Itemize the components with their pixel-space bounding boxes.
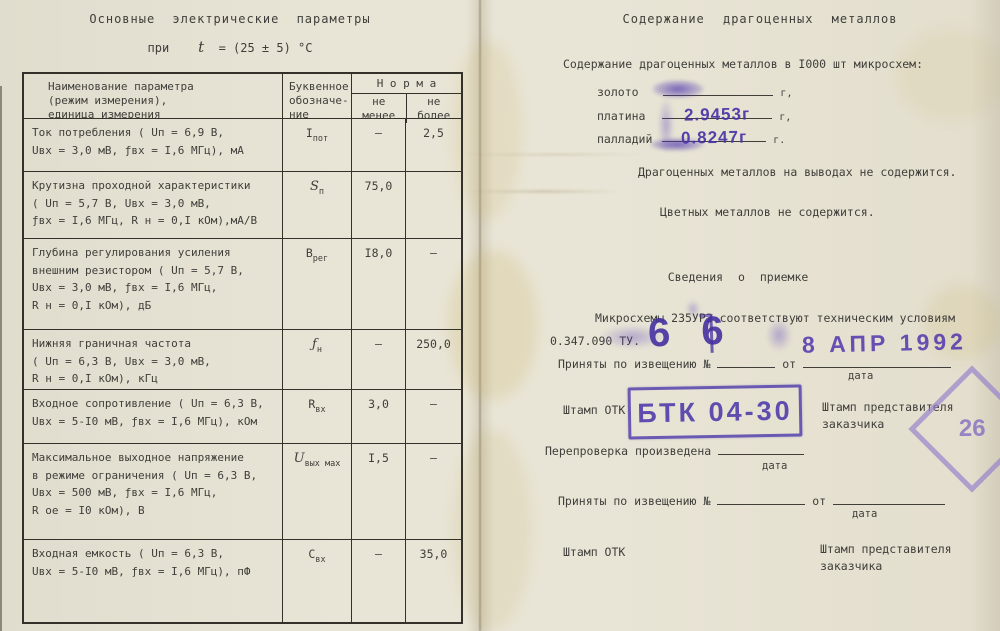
param-max: 250,0 xyxy=(406,330,461,390)
symbol-sub: п xyxy=(319,187,324,197)
scanned-document: Основные электрические параметры при t =… xyxy=(0,0,1000,631)
accepted-line-2: Приняты по извещению № от xyxy=(558,492,945,508)
left-page-edge xyxy=(0,86,2,631)
metal-label: золото xyxy=(597,85,639,99)
param-max: 35,0 xyxy=(406,540,461,622)
symbol-sub: пот xyxy=(313,134,328,144)
diamond-stamp-number: 26 xyxy=(959,415,986,443)
recheck-date-blank xyxy=(718,442,804,455)
diamond-26-stamp: 26 xyxy=(908,365,1000,492)
date-caption: дата xyxy=(852,506,877,523)
accepted-line: Приняты по извещению № от xyxy=(558,355,951,371)
symbol-base: I xyxy=(306,126,313,140)
param-symbol: Sп xyxy=(283,172,352,239)
param-name: Нижняя граничная частота ( Uп = 6,3 В, U… xyxy=(24,330,283,390)
metals-intro: Содержание драгоценных металлов в I000 ш… xyxy=(563,56,923,73)
metal-label: палладий xyxy=(597,132,652,146)
symbol-sub: н xyxy=(317,345,322,355)
param-symbol: ƒн xyxy=(283,330,352,390)
param-symbol: Rвх xyxy=(283,390,352,444)
recheck-line: Перепроверка произведена xyxy=(545,442,804,458)
param-min: 3,0 xyxy=(352,390,406,444)
recheck-label: Перепроверка произведена xyxy=(545,444,711,458)
ink-smudge xyxy=(650,138,704,151)
parameters-table: Наименование параметра (режим измерения)… xyxy=(22,72,463,624)
stamp-bracket-mark xyxy=(699,314,713,353)
param-symbol: Cвх xyxy=(283,540,352,622)
param-name: Ток потребления ( Uп = 6,9 В, Uвх = 3,0 … xyxy=(24,119,283,172)
customer-rep-stamp-label-2: Штамп представителя заказчика xyxy=(820,541,952,575)
accepted-label: Приняты по извещению № xyxy=(558,494,710,508)
accepted-label: Приняты по извещению № xyxy=(558,357,710,371)
ink-smudge xyxy=(686,300,700,318)
param-symbol: Iпот xyxy=(283,119,352,172)
symbol-base: S xyxy=(310,179,319,194)
otk-stamp-label: Штамп ОТК xyxy=(563,402,625,419)
metal-stamp-value: 2.9453г xyxy=(684,104,750,125)
date-caption: дата xyxy=(848,368,873,385)
param-min: I,5 xyxy=(352,444,406,540)
param-max: – xyxy=(406,444,461,540)
param-min: – xyxy=(352,330,406,390)
date-blank xyxy=(833,492,945,505)
symbol-base: U xyxy=(294,451,305,466)
param-min: – xyxy=(352,119,406,172)
horizontal-crease xyxy=(462,153,652,156)
paper-stain xyxy=(895,30,1000,120)
note-no-nonferrous: Цветных металлов не содержится. xyxy=(660,204,875,221)
param-name: Входная емкость ( Uп = 6,3 В, Uвх = 5-I0… xyxy=(24,540,283,622)
ot-label: от xyxy=(782,357,796,371)
header-norma: Н о р м а xyxy=(352,74,461,94)
condition-t-symbol: t xyxy=(198,38,204,56)
note-no-metals-on-leads: Драгоценных металлов на выводах не содер… xyxy=(638,164,957,181)
ink-smudge xyxy=(766,318,792,352)
left-page-title: Основные электрические параметры xyxy=(20,12,440,26)
metal-unit: г. xyxy=(773,135,785,146)
condition-value: = (25 ± 5) °С xyxy=(219,41,313,55)
notice-number-blank xyxy=(717,492,805,505)
header-parameter-name: Наименование параметра (режим измерения)… xyxy=(24,74,283,119)
param-min: 75,0 xyxy=(352,172,406,239)
right-page-title: Содержание драгоценных металлов xyxy=(540,12,980,26)
param-min: I8,0 xyxy=(352,239,406,330)
metal-unit: г, xyxy=(780,88,792,99)
header-symbol: Буквенное обозначе- ние xyxy=(283,74,352,119)
param-max: 2,5 xyxy=(406,119,461,172)
param-name: Максимальное выходное напряжение в режим… xyxy=(24,444,283,540)
symbol-sub: вх xyxy=(315,555,325,565)
symbol-sub: вых мах xyxy=(305,459,341,469)
param-symbol: Uвых мах xyxy=(283,444,352,540)
acceptance-title: Сведения о приемке xyxy=(598,269,878,286)
symbol-sub: вх xyxy=(315,405,325,415)
metal-unit: г, xyxy=(779,112,791,123)
symbol-sub: рег xyxy=(313,254,328,264)
param-symbol: Bрег xyxy=(283,239,352,330)
ink-smudge xyxy=(598,325,666,349)
param-name: Крутизна проходной характеристики ( Uп =… xyxy=(24,172,283,239)
param-max: – xyxy=(406,390,461,444)
condition-pre: при xyxy=(148,41,170,55)
otk-stamp-label-2: Штамп ОТК xyxy=(563,544,625,561)
param-name: Входное сопротивление ( Uп = 6,3 В, Uвх … xyxy=(24,390,283,444)
param-min: – xyxy=(352,540,406,622)
metal-row-platinum: платина 2.9453г г, xyxy=(597,105,791,123)
symbol-base: B xyxy=(306,246,313,260)
param-name: Глубина регулирования усиления внешним р… xyxy=(24,239,283,330)
date-stamp-8-apr-1992: 8 АПР 1992 xyxy=(802,328,967,358)
temperature-condition: при t = (25 ± 5) °С xyxy=(20,38,440,56)
paper-stain xyxy=(452,430,532,630)
param-max xyxy=(406,172,461,239)
notice-number-blank xyxy=(717,355,775,368)
horizontal-crease xyxy=(470,190,620,193)
date-caption: дата xyxy=(762,458,787,475)
header-norma-group: Н о р м а не менее не более xyxy=(352,74,461,119)
ot-label: от xyxy=(812,494,826,508)
param-max: – xyxy=(406,239,461,330)
metal-label: платина xyxy=(597,109,645,123)
btk-04-30-stamp: БТК 04-30 xyxy=(628,384,803,439)
